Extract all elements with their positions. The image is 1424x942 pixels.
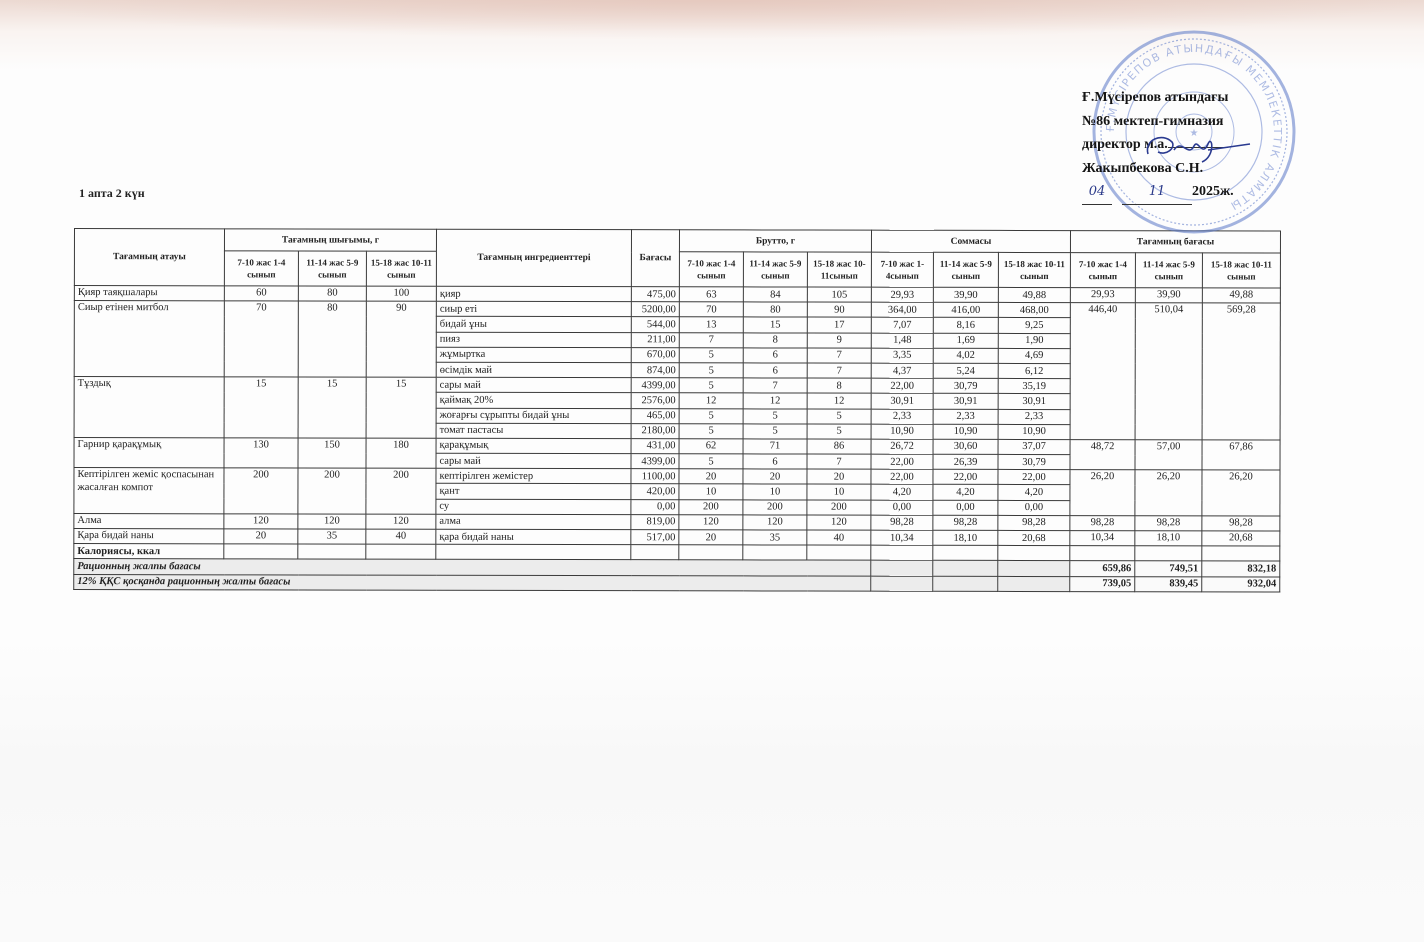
ingredient-sum: 2,33 (933, 409, 998, 424)
dish-output: 70 (224, 301, 298, 377)
ingredient-name: бидай ұны (436, 317, 631, 333)
dish-name: Қара бидай наны (74, 529, 224, 545)
total-blank-cell (871, 576, 933, 591)
ingredient-sum: 10,90 (998, 424, 1070, 439)
ingredient-name: қара бидай наны (436, 529, 631, 545)
ingredient-sum: 20,68 (998, 530, 1070, 545)
ingredient-brutto: 17 (807, 317, 871, 332)
ingredient-brutto: 5 (807, 424, 871, 439)
ingredient-sum: 1,48 (871, 333, 933, 348)
ingredient-price: 420,00 (631, 484, 679, 499)
ingredient-sum: 30,91 (933, 394, 998, 409)
date-month: 11 (1122, 180, 1192, 205)
total-label: Рационның жалпы бағасы (74, 559, 871, 576)
ingredient-brutto: 62 (679, 439, 743, 454)
dish-name: Сиыр етінен митбол (74, 301, 224, 377)
dish-total-price: 18,10 (1135, 531, 1202, 546)
dish-output: 60 (224, 286, 298, 301)
dish-output: 200 (298, 468, 366, 514)
ingredient-sum: 98,28 (998, 515, 1070, 530)
ingredient-name: қаймақ 20% (436, 393, 631, 409)
dish-output: 130 (224, 438, 298, 469)
ingredient-brutto: 120 (807, 515, 871, 530)
ingredient-sum: 98,28 (933, 515, 998, 530)
calories-cell (436, 544, 631, 560)
ingredient-brutto: 10 (679, 484, 743, 499)
ingredient-sum: 7,07 (871, 318, 933, 333)
ingredient-name: кептірілген жемістер (436, 469, 631, 485)
ingredient-sum: 1,69 (933, 333, 998, 348)
ingredient-price: 670,00 (631, 347, 679, 362)
subheader-brutto-2: 11-14 жас 5-9 сынып (743, 252, 807, 287)
ingredient-sum: 3,35 (871, 348, 933, 363)
total-value: 932,04 (1202, 576, 1280, 591)
date-day: 04 (1082, 180, 1112, 205)
dish-output: 200 (366, 468, 436, 514)
ingredient-brutto: 7 (679, 332, 743, 347)
ingredient-sum: 30,91 (871, 393, 933, 408)
calories-cell (1202, 546, 1280, 561)
ingredient-name: сиыр еті (436, 301, 631, 317)
approval-date: 04112025ж. (1082, 180, 1234, 205)
dish-output: 150 (298, 438, 366, 469)
subheader-sum-2: 11-14 жас 5-9 сынып (933, 252, 998, 287)
ingredient-brutto: 10 (807, 484, 871, 499)
ingredient-sum: 8,16 (933, 318, 998, 333)
dish-output: 80 (298, 286, 366, 301)
ingredient-brutto: 6 (743, 348, 807, 363)
ingredient-price: 5200,00 (631, 302, 679, 317)
subheader-output-1: 7-10 жас 1-4 сынып (224, 251, 298, 286)
ingredient-brutto: 200 (679, 499, 743, 514)
ingredient-brutto: 9 (807, 333, 871, 348)
ingredient-brutto: 5 (807, 409, 871, 424)
dish-output: 120 (366, 514, 436, 529)
date-year: 2025ж. (1192, 184, 1234, 199)
ingredient-sum: 18,10 (933, 530, 998, 545)
menu-table: Тағамның атауы Тағамның шығымы, г Тағамн… (73, 228, 1281, 592)
subheader-sum-3: 15-18 жас 10-11 сынып (998, 252, 1070, 287)
ingredient-brutto: 40 (807, 530, 871, 545)
ingredient-sum: 10,34 (871, 530, 933, 545)
dish-output: 20 (224, 529, 298, 544)
ingredient-brutto: 7 (807, 348, 871, 363)
dish-total-price: 20,68 (1202, 531, 1280, 546)
page-blank-area (0, 640, 1424, 942)
ingredient-brutto: 80 (743, 302, 807, 317)
ingredient-brutto: 6 (743, 363, 807, 378)
dish-total-price: 26,20 (1135, 470, 1202, 516)
ingredient-sum: 0,00 (998, 500, 1070, 515)
subheader-brutto-1: 7-10 жас 1-4 сынып (679, 252, 743, 287)
ingredient-brutto: 13 (679, 317, 743, 332)
ingredient-name: жоғарғы сұрыпты бидай ұны (436, 408, 631, 424)
table-row: Кептірілген жеміс қоспасынан жасалған ко… (74, 468, 1280, 486)
calories-label: Калориясы, ккал (74, 544, 224, 560)
ingredient-brutto: 12 (807, 393, 871, 408)
ingredient-brutto: 15 (743, 317, 807, 332)
ingredient-name: алма (436, 514, 631, 530)
ingredient-brutto: 12 (743, 393, 807, 408)
subheader-brutto-3: 15-18 жас 10-11сынып (807, 252, 871, 287)
ingredient-brutto: 105 (807, 287, 871, 302)
day-label: 1 апта 2 күн (79, 186, 145, 201)
ingredient-sum: 49,88 (998, 287, 1070, 302)
ingredient-sum: 30,60 (933, 439, 998, 454)
ingredient-price: 431,00 (631, 439, 679, 454)
header-brutto: Брутто, г (679, 230, 871, 252)
ingredient-sum: 22,00 (871, 469, 933, 484)
ingredient-sum: 22,00 (871, 378, 933, 393)
header-output: Тағамның шығымы, г (224, 229, 436, 251)
ingredient-name: қант (436, 484, 631, 500)
header-price: Бағасы (631, 230, 679, 287)
subheader-output-3: 15-18 жас 10-11 сынып (366, 251, 436, 286)
total-row: 12% ҚҚС қосқанда рационның жалпы бағасы7… (74, 574, 1280, 592)
calories-cell (871, 545, 933, 560)
ingredient-sum: 1,90 (998, 333, 1070, 348)
total-value: 659,86 (1070, 561, 1135, 576)
dish-total-price: 446,40 (1070, 303, 1135, 440)
ingredient-sum: 30,79 (998, 454, 1070, 469)
ingredient-brutto: 5 (679, 408, 743, 423)
calories-cell (1070, 546, 1135, 561)
ingredient-sum: 4,02 (933, 348, 998, 363)
ingredient-name: томат пастасы (436, 423, 631, 439)
ingredient-brutto: 20 (807, 469, 871, 484)
ingredient-brutto: 71 (743, 439, 807, 454)
ingredient-brutto: 200 (807, 500, 871, 515)
dish-output: 15 (224, 377, 298, 438)
ingredient-brutto: 5 (743, 424, 807, 439)
dish-output: 90 (366, 301, 436, 377)
ingredient-sum: 364,00 (871, 302, 933, 317)
dish-output: 15 (366, 377, 436, 438)
ingredient-name: қияр (436, 286, 631, 302)
ingredient-price: 874,00 (631, 363, 679, 378)
calories-cell (366, 544, 436, 559)
ingredient-sum: 4,20 (998, 485, 1070, 500)
ingredient-brutto: 7 (807, 454, 871, 469)
dish-output: 120 (298, 514, 366, 529)
ingredient-sum: 39,90 (933, 287, 998, 302)
dish-total-price: 49,88 (1202, 288, 1280, 303)
ingredient-sum: 6,12 (998, 363, 1070, 378)
ingredient-sum: 26,72 (871, 439, 933, 454)
ingredient-sum: 22,00 (871, 454, 933, 469)
total-label: 12% ҚҚС қосқанда рационның жалпы бағасы (74, 574, 871, 591)
calories-cell (224, 544, 298, 559)
ingredient-price: 1100,00 (631, 469, 679, 484)
ingredient-brutto: 86 (807, 439, 871, 454)
ingredient-name: пияз (436, 332, 631, 348)
total-blank-cell (933, 576, 998, 591)
ingredient-brutto: 120 (679, 515, 743, 530)
ingredient-brutto: 5 (743, 408, 807, 423)
ingredient-brutto: 8 (807, 378, 871, 393)
ingredient-brutto: 5 (679, 378, 743, 393)
ingredient-sum: 416,00 (933, 302, 998, 317)
dish-name: Тұздық (74, 377, 224, 438)
table-row: Гарнир қарақұмық130150180қарақұмық431,00… (74, 437, 1280, 455)
subheader-dish-price-2: 11-14 жас 5-9 сынып (1135, 253, 1202, 288)
ingredient-brutto: 20 (743, 469, 807, 484)
ingredient-sum: 5,24 (933, 363, 998, 378)
calories-cell (298, 544, 366, 559)
ingredient-sum: 0,00 (933, 500, 998, 515)
total-value: 839,45 (1135, 576, 1202, 591)
total-blank-cell (933, 561, 998, 576)
calories-cell (679, 545, 743, 560)
dish-output: 200 (224, 468, 298, 514)
dish-output: 40 (366, 529, 436, 544)
ingredient-sum: 29,93 (871, 287, 933, 302)
ingredient-sum: 30,79 (933, 378, 998, 393)
ingredient-sum: 2,33 (871, 409, 933, 424)
dish-total-price: 510,04 (1135, 303, 1202, 440)
ingredient-brutto: 84 (743, 287, 807, 302)
signature-icon (1142, 128, 1252, 168)
ingredient-price: 544,00 (631, 317, 679, 332)
ingredient-brutto: 63 (679, 287, 743, 302)
ingredient-price: 0,00 (631, 499, 679, 514)
header-ingredients: Тағамның ингредиенттері (436, 229, 631, 286)
subheader-sum-1: 7-10 жас 1-4сынып (871, 252, 933, 287)
ingredient-price: 465,00 (631, 408, 679, 423)
ingredient-name: су (436, 499, 631, 515)
ingredient-sum: 10,90 (933, 424, 998, 439)
ingredient-price: 517,00 (631, 530, 679, 545)
dish-output: 180 (366, 438, 436, 469)
ingredient-price: 4399,00 (631, 378, 679, 393)
ingredient-name: өсімдік май (436, 362, 631, 378)
ingredient-sum: 4,20 (933, 485, 998, 500)
dish-total-price: 98,28 (1135, 516, 1202, 531)
ingredient-brutto: 8 (743, 332, 807, 347)
calories-cell (631, 545, 679, 560)
ingredient-name: қарақұмық (436, 438, 631, 454)
dish-total-price: 26,20 (1202, 470, 1280, 516)
ingredient-sum: 2,33 (998, 409, 1070, 424)
ingredient-name: сары май (436, 377, 631, 393)
calories-cell (933, 545, 998, 560)
dish-name: Қияр таяқшалары (74, 286, 224, 302)
header-sum: Соммасы (871, 230, 1070, 252)
dish-total-price: 98,28 (1202, 516, 1280, 531)
total-blank-cell (998, 561, 1070, 576)
approval-school-name: Ғ.Мүсірепов атындағы (1082, 86, 1234, 110)
ingredient-brutto: 7 (743, 378, 807, 393)
ingredient-sum: 4,37 (871, 363, 933, 378)
ingredient-sum: 0,00 (871, 500, 933, 515)
dish-output: 120 (224, 514, 298, 529)
subheader-dish-price-1: 7-10 жас 1-4 сынып (1070, 253, 1135, 288)
ingredient-sum: 26,39 (933, 454, 998, 469)
dish-total-price: 569,28 (1202, 303, 1280, 440)
ingredient-sum: 37,07 (998, 439, 1070, 454)
ingredient-sum: 35,19 (998, 379, 1070, 394)
total-value: 749,51 (1135, 561, 1202, 576)
calories-cell (807, 545, 871, 560)
ingredient-price: 2180,00 (631, 423, 679, 438)
ingredient-brutto: 35 (743, 530, 807, 545)
dish-total-price: 29,93 (1070, 288, 1135, 303)
dish-total-price: 39,90 (1135, 288, 1202, 303)
subheader-dish-price-3: 15-18 жас 10-11 сынып (1202, 253, 1280, 288)
ingredient-brutto: 70 (679, 302, 743, 317)
dish-output: 15 (298, 377, 366, 438)
total-blank-cell (998, 576, 1070, 591)
ingredient-sum: 98,28 (871, 515, 933, 530)
ingredient-brutto: 90 (807, 302, 871, 317)
total-value: 739,05 (1070, 576, 1135, 591)
ingredient-price: 211,00 (631, 332, 679, 347)
header-dish-name: Тағамның атауы (74, 229, 224, 286)
calories-cell (998, 546, 1070, 561)
dish-name: Алма (74, 513, 224, 529)
total-blank-cell (871, 561, 933, 576)
ingredient-brutto: 5 (679, 348, 743, 363)
ingredient-price: 475,00 (631, 287, 679, 302)
ingredient-brutto: 5 (679, 423, 743, 438)
dish-name: Кептірілген жеміс қоспасынан жасалған ко… (74, 468, 224, 514)
dish-total-price: 48,72 (1070, 439, 1135, 470)
ingredient-brutto: 12 (679, 393, 743, 408)
ingredient-sum: 4,69 (998, 348, 1070, 363)
dish-name: Гарнир қарақұмық (74, 437, 224, 468)
dish-output: 80 (298, 301, 366, 377)
calories-cell (1135, 546, 1202, 561)
dish-total-price: 57,00 (1135, 440, 1202, 471)
ingredient-brutto: 6 (743, 454, 807, 469)
ingredient-brutto: 20 (679, 469, 743, 484)
ingredient-brutto: 10 (743, 484, 807, 499)
ingredient-brutto: 5 (679, 363, 743, 378)
ingredient-sum: 468,00 (998, 303, 1070, 318)
dish-output: 35 (298, 529, 366, 544)
total-value: 832,18 (1202, 561, 1280, 576)
ingredient-sum: 30,91 (998, 394, 1070, 409)
ingredient-brutto: 20 (679, 530, 743, 545)
ingredient-sum: 22,00 (998, 470, 1070, 485)
ingredient-brutto: 120 (743, 515, 807, 530)
table-row: Сиыр етінен митбол708090сиыр еті5200,007… (74, 301, 1280, 319)
ingredient-price: 819,00 (631, 514, 679, 529)
ingredient-price: 2576,00 (631, 393, 679, 408)
calories-cell (743, 545, 807, 560)
dish-total-price: 10,34 (1070, 531, 1135, 546)
dish-total-price: 26,20 (1070, 470, 1135, 516)
ingredient-brutto: 5 (679, 454, 743, 469)
ingredient-name: жұмыртка (436, 347, 631, 363)
ingredient-name: сары май (436, 453, 631, 469)
ingredient-price: 4399,00 (631, 454, 679, 469)
ingredient-sum: 10,90 (871, 424, 933, 439)
dish-total-price: 67,86 (1202, 440, 1280, 471)
ingredient-brutto: 200 (743, 500, 807, 515)
dish-total-price: 98,28 (1070, 515, 1135, 530)
ingredient-sum: 22,00 (933, 470, 998, 485)
dish-output: 100 (366, 286, 436, 301)
ingredient-sum: 9,25 (998, 318, 1070, 333)
subheader-output-2: 11-14 жас 5-9 сынып (298, 251, 366, 286)
ingredient-brutto: 7 (807, 363, 871, 378)
ingredient-sum: 4,20 (871, 485, 933, 500)
